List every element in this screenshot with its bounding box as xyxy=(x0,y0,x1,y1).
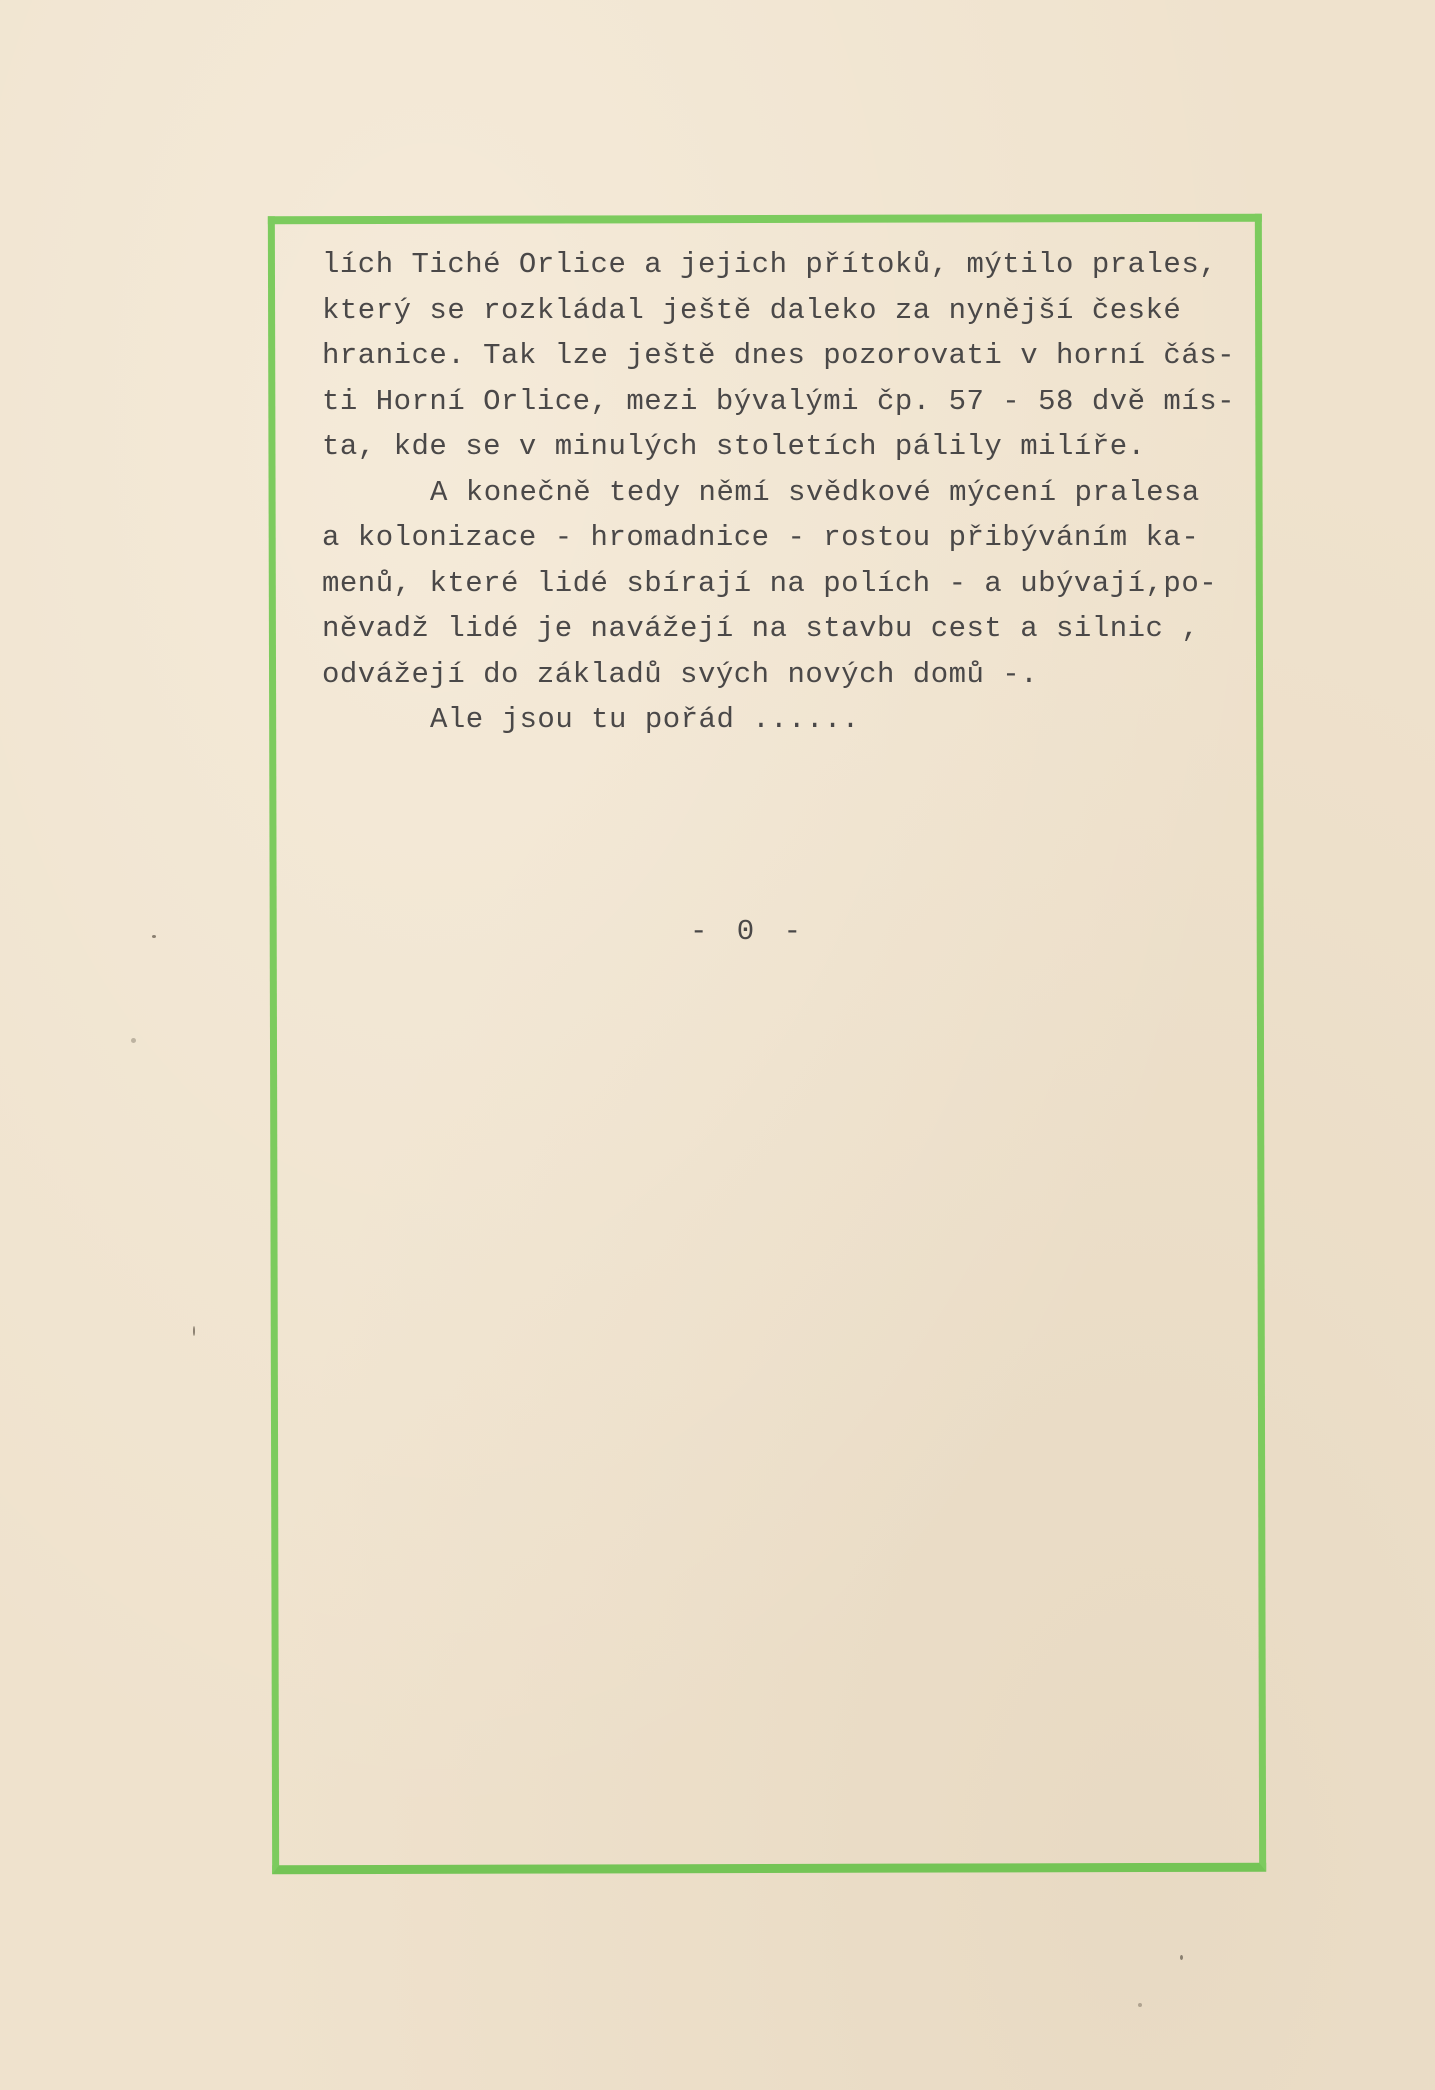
text-line: lích Tiché Orlice a jejich přítoků, mýti… xyxy=(322,242,1262,288)
paper-speck xyxy=(131,1038,136,1043)
paragraph-start-line: A konečně tedy němí svědkové mýcení pral… xyxy=(322,470,1262,516)
text-line: odvážejí do základů svých nových domů -. xyxy=(322,652,1262,698)
text-line: hranice. Tak lze ještě dnes pozorovati v… xyxy=(322,333,1262,379)
text-line: menů, které lidé sbírají na polích - a u… xyxy=(322,561,1262,607)
paper-speck xyxy=(1138,2003,1142,2007)
text-line: ti Horní Orlice, mezi bývalými čp. 57 - … xyxy=(322,379,1262,425)
typewritten-text-block: lích Tiché Orlice a jejich přítoků, mýti… xyxy=(322,242,1262,743)
text-line: něvadž lidé je navážejí na stavbu cest a… xyxy=(322,606,1262,652)
text-line: který se rozkládal ještě daleko za nyněj… xyxy=(322,288,1262,334)
paper-speck xyxy=(152,935,156,938)
paper-speck xyxy=(193,1326,195,1336)
text-line: ta, kde se v minulých stoletích pálily m… xyxy=(322,424,1262,470)
paper-speck xyxy=(1180,1955,1183,1960)
text-line: a kolonizace - hromadnice - rostou přibý… xyxy=(322,515,1262,561)
page-end-marker: - 0 - xyxy=(690,915,807,948)
closing-line: Ale jsou tu pořád ...... xyxy=(322,697,1262,743)
